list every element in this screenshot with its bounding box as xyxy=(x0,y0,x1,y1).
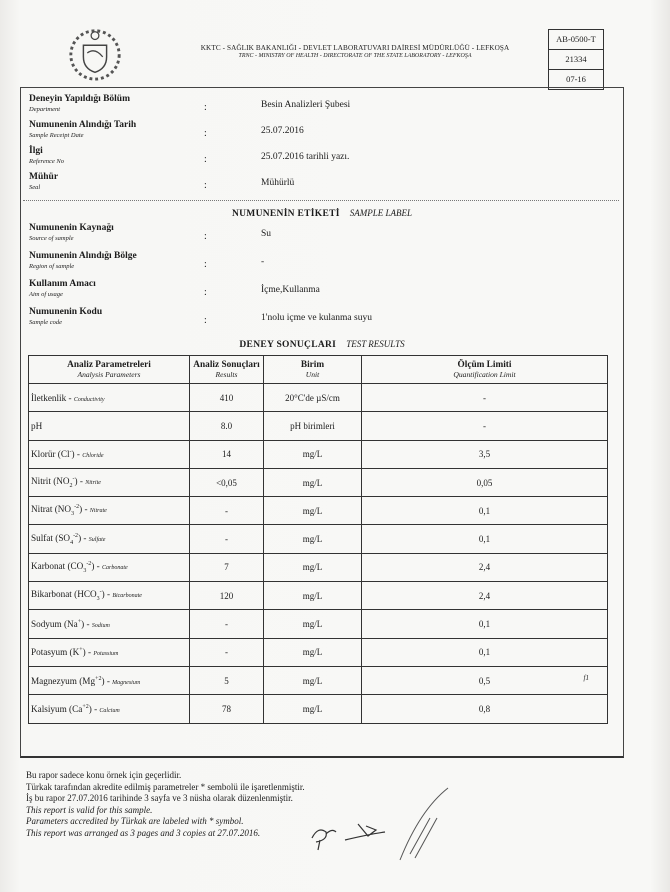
limit-value: 0,1 xyxy=(479,534,490,544)
result-cell: 8.0 xyxy=(190,412,264,440)
parameter-cell: Klorür (Cl-) - Chloride xyxy=(29,440,190,468)
result-cell: 5 xyxy=(190,666,264,694)
formula-charge: +2 xyxy=(82,704,88,710)
info-row: MühürSeal:Mühürlü xyxy=(29,172,619,198)
unit-cell: 20°C'de µS/cm xyxy=(264,384,362,412)
sample-label-title-tr: NUMUNENİN ETİKETİ xyxy=(232,209,340,219)
info-value: Besin Analizleri Şubesi xyxy=(261,100,350,110)
formula-charge: - xyxy=(73,476,75,482)
colon-separator: : xyxy=(204,287,207,298)
parameter-name-en: Nitrate xyxy=(90,508,107,514)
table-row: Karbonat (CO3-2) - Carbonate7mg/L2,4 xyxy=(29,553,608,581)
column-header-tr: Ölçüm Limiti xyxy=(458,360,512,370)
parameter-formula: SO xyxy=(58,533,70,543)
parameter-name-en: Bicarbonate xyxy=(112,593,142,599)
result-cell: 7 xyxy=(190,553,264,581)
table-row: Sodyum (Na+) - Sodium-mg/L0,1 xyxy=(29,610,608,638)
limit-cell: 0,8 xyxy=(362,695,608,723)
parameter-cell: Sulfat (SO4-2) - Sulfate xyxy=(29,525,190,553)
parameter-name-en: Magnesium xyxy=(112,680,140,686)
table-row: Potasyum (K+) - Potassium-mg/L0,1 xyxy=(29,638,608,666)
test-results-title-en: TEST RESULTS xyxy=(346,339,404,349)
sample-info-value: - xyxy=(261,257,264,267)
formula-charge: + xyxy=(79,647,82,653)
unit-cell: mg/L xyxy=(264,468,362,496)
result-cell: 14 xyxy=(190,440,264,468)
parameter-name: Magnezyum xyxy=(31,676,77,686)
parameter-cell: İletkenlik - Conductivity xyxy=(29,384,190,412)
parameter-name: Bikarbonat xyxy=(31,589,72,599)
limit-cell: 0,1 xyxy=(362,497,608,525)
unit-cell: mg/L xyxy=(264,582,362,610)
colon-separator: : xyxy=(204,180,207,191)
column-header: Ölçüm LimitiQuantification Limit xyxy=(362,356,608,384)
sample-info-row: Numunenin KoduSample code:1'nolu içme ve… xyxy=(29,307,619,333)
limit-cell: 0,5f1 xyxy=(362,666,608,694)
parameter-name-en: Potassium xyxy=(93,651,118,657)
limit-value: 0,1 xyxy=(479,619,490,629)
limit-value: 0,5 xyxy=(479,676,490,686)
parameter-name-en: Chloride xyxy=(82,453,103,459)
parameter-cell: Bikarbonat (HCO3-) - Bicarbonate xyxy=(29,582,190,610)
parameter-formula: Cl xyxy=(61,449,70,459)
footer-note-tr: İş bu rapor 27.07.2016 tarihinde 3 sayfa… xyxy=(26,793,305,805)
parameter-formula: Mg xyxy=(82,676,95,686)
sample-info-label: Kullanım Amacı xyxy=(29,279,619,290)
table-row: Bikarbonat (HCO3-) - Bicarbonate120mg/L2… xyxy=(29,582,608,610)
sample-info-label: Numunenin Kaynağı xyxy=(29,223,619,234)
column-header: Analiz ParametreleriAnalysis Parameters xyxy=(29,356,190,384)
sample-label-title: NUMUNENİN ETİKETİSAMPLE LABEL xyxy=(21,208,623,219)
result-cell: - xyxy=(190,610,264,638)
column-header-en: Analysis Parameters xyxy=(30,370,188,380)
header-title-en: TRNC - MINISTRY OF HEALTH - DIRECTORATE … xyxy=(175,53,535,59)
sample-info-label-en: Region of sample xyxy=(29,262,619,271)
limit-value: 3,5 xyxy=(479,449,490,459)
footer-note-en: This report is valid for this sample. xyxy=(26,805,305,817)
parameter-name: pH xyxy=(31,421,42,431)
limit-value: 0,1 xyxy=(479,506,490,516)
column-header: BirimUnit xyxy=(264,356,362,384)
column-header-en: Quantification Limit xyxy=(363,370,606,380)
sample-info-label-en: Aim of usage xyxy=(29,290,619,299)
parameter-formula: CO xyxy=(71,561,84,571)
parameter-cell: Nitrit (NO2-) - Nitrite xyxy=(29,468,190,496)
table-row: Nitrit (NO2-) - Nitrite<0,05mg/L0,05 xyxy=(29,468,608,496)
table-row: pH8.0pH birimleri- xyxy=(29,412,608,440)
table-row: İletkenlik - Conductivity41020°C'de µS/c… xyxy=(29,384,608,412)
unit-cell: mg/L xyxy=(264,553,362,581)
colon-separator: : xyxy=(204,259,207,270)
formula-charge: - xyxy=(70,449,72,455)
colon-separator: : xyxy=(204,128,207,139)
limit-value: 0,05 xyxy=(477,478,493,488)
state-seal-logo-icon xyxy=(66,24,124,82)
formula-subscript: 3 xyxy=(83,568,86,574)
limit-cell: - xyxy=(362,412,608,440)
unit-cell: mg/L xyxy=(264,525,362,553)
unit-cell: mg/L xyxy=(264,666,362,694)
sample-info-value: Su xyxy=(261,229,271,239)
footer-note-en: This report was arranged as 3 pages and … xyxy=(26,828,305,840)
result-cell: - xyxy=(190,638,264,666)
limit-value: - xyxy=(483,421,486,431)
column-header-en: Results xyxy=(191,370,262,380)
sample-info-value: 1'nolu içme ve kulanma suyu xyxy=(261,313,372,323)
formula-subscript: 4 xyxy=(70,540,73,546)
table-row: Magnezyum (Mg+2) - Magnesium5mg/L0,5f1 xyxy=(29,666,608,694)
parameter-cell: Karbonat (CO3-2) - Carbonate xyxy=(29,553,190,581)
colon-separator: : xyxy=(204,231,207,242)
limit-value: 0,8 xyxy=(479,704,490,714)
colon-separator: : xyxy=(204,315,207,326)
parameter-name: Sulfat xyxy=(31,533,53,543)
header-title: KKTC - SAĞLIK BAKANLIĞI - DEVLET LABORAT… xyxy=(175,44,535,59)
formula-charge: -2 xyxy=(86,561,91,567)
unit-cell: mg/L xyxy=(264,638,362,666)
footer-note-en: Parameters accredited by Türkak are labe… xyxy=(26,816,305,828)
table-row: Nitrat (NO3-2) - Nitrate-mg/L0,1 xyxy=(29,497,608,525)
parameter-name: Klorür xyxy=(31,449,56,459)
formula-charge: -2 xyxy=(74,504,79,510)
column-header-tr: Analiz Parametreleri xyxy=(67,360,151,370)
parameter-name: Sodyum xyxy=(31,619,62,629)
info-row: İlgiReference No:25.07.2016 tarihli yazı… xyxy=(29,146,619,172)
formula-subscript: 3 xyxy=(71,511,74,517)
results-table: Analiz ParametreleriAnalysis ParametersA… xyxy=(28,355,608,724)
parameter-name-en: Sodium xyxy=(92,623,110,629)
sample-info-row: Numunenin Alındığı BölgeRegion of sample… xyxy=(29,251,619,277)
unit-cell: pH birimleri xyxy=(264,412,362,440)
column-header: Analiz SonuçlarıResults xyxy=(190,356,264,384)
test-results-title-tr: DENEY SONUÇLARI xyxy=(239,340,336,350)
result-cell: 410 xyxy=(190,384,264,412)
limit-cell: 0,05 xyxy=(362,468,608,496)
limit-value: 0,1 xyxy=(479,647,490,657)
lab-report-page: KKTC - SAĞLIK BAKANLIĞI - DEVLET LABORAT… xyxy=(0,0,670,892)
sample-info-value: İçme,Kullanma xyxy=(261,285,320,295)
table-row: Sulfat (SO4-2) - Sulfate-mg/L0,1 xyxy=(29,525,608,553)
limit-value: 2,4 xyxy=(479,591,490,601)
parameter-formula: Ca xyxy=(72,704,82,714)
parameter-formula: Na xyxy=(67,619,78,629)
formula-subscript: 3 xyxy=(97,596,100,602)
sample-label-title-en: SAMPLE LABEL xyxy=(350,208,412,218)
parameter-cell: Nitrat (NO3-2) - Nitrate xyxy=(29,497,190,525)
parameter-name-en: Conductivity xyxy=(74,397,105,403)
limit-value: 2,4 xyxy=(479,562,490,572)
result-cell: - xyxy=(190,525,264,553)
doc-number: 21334 xyxy=(549,50,603,70)
parameter-formula: HCO xyxy=(77,589,96,599)
result-cell: 120 xyxy=(190,582,264,610)
unit-cell: mg/L xyxy=(264,440,362,468)
limit-cell: 2,4 xyxy=(362,582,608,610)
info-value: Mühürlü xyxy=(261,178,294,188)
info-label-en: Seal xyxy=(29,183,619,192)
info-row: Numunenin Alındığı TarihSample Receipt D… xyxy=(29,120,619,146)
column-header-tr: Analiz Sonuçları xyxy=(193,360,259,370)
footer-note-tr: Türkak tarafından akredite edilmiş param… xyxy=(26,782,305,794)
header-title-tr: KKTC - SAĞLIK BAKANLIĞI - DEVLET LABORAT… xyxy=(175,44,535,52)
info-value: 25.07.2016 xyxy=(261,126,304,136)
parameter-name: Kalsiyum xyxy=(31,704,67,714)
signature-icon xyxy=(300,780,470,880)
formula-charge: - xyxy=(100,589,102,595)
info-value: 25.07.2016 tarihli yazı. xyxy=(261,152,349,162)
result-cell: 78 xyxy=(190,695,264,723)
column-header-tr: Birim xyxy=(301,360,324,370)
formula-charge: -2 xyxy=(73,533,78,539)
table-row: Klorür (Cl-) - Chloride14mg/L3,5 xyxy=(29,440,608,468)
limit-cell: 3,5 xyxy=(362,440,608,468)
footer-notes: Bu rapor sadece konu örnek için geçerlid… xyxy=(26,770,305,839)
parameter-cell: Potasyum (K+) - Potassium xyxy=(29,638,190,666)
unit-cell: mg/L xyxy=(264,497,362,525)
test-results-title: DENEY SONUÇLARITEST RESULTS xyxy=(21,339,623,350)
limit-cell: 2,4 xyxy=(362,553,608,581)
parameter-cell: Kalsiyum (Ca+2) - Calcium xyxy=(29,695,190,723)
parameter-name: İletkenlik xyxy=(31,393,66,403)
parameter-name: Karbonat xyxy=(31,561,65,571)
parameter-name: Potasyum xyxy=(31,647,67,657)
result-cell: <0,05 xyxy=(190,468,264,496)
parameter-formula: NO xyxy=(56,476,69,486)
limit-cell: 0,1 xyxy=(362,525,608,553)
sample-info-label: Numunenin Alındığı Bölge xyxy=(29,251,619,262)
parameter-cell: pH xyxy=(29,412,190,440)
column-header-en: Unit xyxy=(265,370,360,380)
parameter-name: Nitrat xyxy=(31,504,52,514)
limit-value: - xyxy=(483,393,486,403)
info-label: Mühür xyxy=(29,172,619,183)
document-code-box: AB-0500-T 21334 07-16 xyxy=(548,29,604,90)
parameter-name-en: Sulfate xyxy=(89,537,106,543)
limit-cell: - xyxy=(362,384,608,412)
parameter-name-en: Calcium xyxy=(99,708,119,714)
divider xyxy=(23,200,619,201)
doc-code: AB-0500-T xyxy=(549,30,603,50)
limit-cell: 0,1 xyxy=(362,610,608,638)
formula-charge: +2 xyxy=(95,676,101,682)
formula-subscript: 2 xyxy=(70,483,73,489)
result-cell: - xyxy=(190,497,264,525)
report-frame: Deneyin Yapıldığı BölümDepartment:Besin … xyxy=(20,87,624,758)
info-row: Deneyin Yapıldığı BölümDepartment:Besin … xyxy=(29,94,619,120)
info-label: Numunenin Alındığı Tarih xyxy=(29,120,619,131)
parameter-name-en: Nitrite xyxy=(85,480,101,486)
table-row: Kalsiyum (Ca+2) - Calcium78mg/L0,8 xyxy=(29,695,608,723)
sample-info-row: Numunenin KaynağıSource of sample:Su xyxy=(29,223,619,249)
parameter-cell: Magnezyum (Mg+2) - Magnesium xyxy=(29,666,190,694)
unit-cell: mg/L xyxy=(264,610,362,638)
parameter-formula: NO xyxy=(58,504,71,514)
limit-cell: 0,1 xyxy=(362,638,608,666)
sample-info-row: Kullanım AmacıAim of usage:İçme,Kullanma xyxy=(29,279,619,305)
sample-info-label-en: Source of sample xyxy=(29,234,619,243)
parameter-name-en: Carbonate xyxy=(102,565,128,571)
parameter-name: Nitrit xyxy=(31,476,51,486)
parameter-cell: Sodyum (Na+) - Sodium xyxy=(29,610,190,638)
unit-cell: mg/L xyxy=(264,695,362,723)
formula-charge: + xyxy=(78,619,81,625)
colon-separator: : xyxy=(204,102,207,113)
handwritten-mark: f1 xyxy=(584,674,589,682)
info-label-en: Sample Receipt Date xyxy=(29,131,619,140)
colon-separator: : xyxy=(204,154,207,165)
footer-note-tr: Bu rapor sadece konu örnek için geçerlid… xyxy=(26,770,305,782)
